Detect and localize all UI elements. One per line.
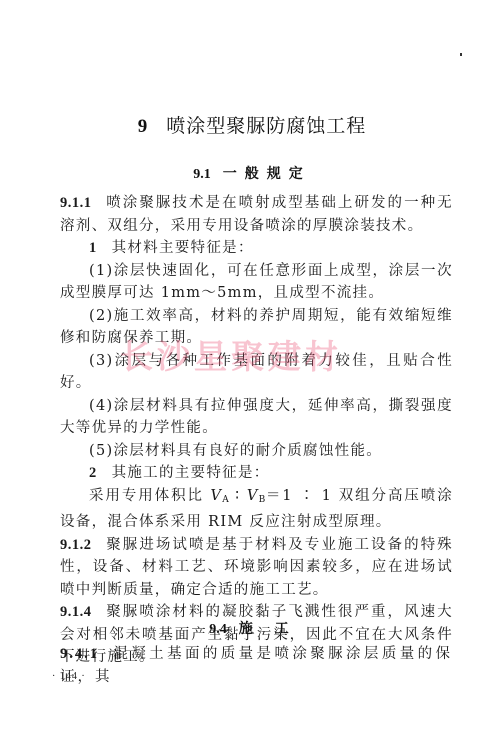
clause-9-1-2: 9.1.2聚脲进场试喷是基于材料及专业施工设备的特殊性，设备、材料工艺、环境影响…	[60, 534, 453, 602]
volume-a: V	[210, 488, 222, 504]
item-number: 2	[89, 465, 98, 481]
section-heading-9-1: 9.1一般规定	[0, 163, 504, 183]
subitem-4: (4)涂层材料具有拉伸强度大，延伸率高，撕裂强度大等优异的力学性能。	[60, 395, 453, 440]
clause-number: 9.4.1	[60, 646, 99, 662]
item-2-detail: 采用专用体积比 VA ∶ VB＝1 ∶ 1 双组分高压喷涂设备，混合体系采用 R…	[60, 485, 453, 534]
detail-prefix: 采用专用体积比	[89, 488, 210, 504]
page-mark	[460, 53, 462, 56]
chapter-title-text: 喷涂型聚脲防腐蚀工程	[166, 115, 366, 137]
subitem-3: (3)涂层与各种工作基面的附着力较佳，且贴合性好。	[60, 350, 453, 395]
item-number: 1	[89, 240, 98, 256]
ratio-separator: ∶	[229, 488, 247, 504]
clause-text: 喷涂聚脲技术是在喷射成型基础上研发的一种无溶剂、双组分，采用专用设备喷涂的厚膜涂…	[60, 195, 453, 234]
section-heading-9-4: 9.4施工	[8, 618, 504, 638]
clause-9-4-1: 9.4.1混凝土基面的质量是喷涂聚脲涂层质量的保证，其	[60, 643, 453, 688]
volume-b: V	[247, 488, 259, 504]
clause-text: 混凝土基面的质量是喷涂聚脲涂层质量的保证，其	[60, 646, 453, 685]
page-number: · 144 ·	[52, 671, 86, 682]
clause-text: 聚脲进场试喷是基于材料及专业施工设备的特殊性，设备、材料工艺、环境影响因素较多，…	[60, 537, 453, 598]
item-text: 其材料主要特征是：	[112, 240, 254, 256]
clause-number: 9.1.2	[60, 537, 92, 553]
section-title: 一般规定	[223, 166, 311, 182]
subitem-5: (5)涂层材料具有良好的耐介质腐蚀性能。	[60, 440, 453, 463]
item-text: 其施工的主要特征是：	[112, 465, 270, 481]
clause-9-1-1: 9.1.1喷涂聚脲技术是在喷射成型基础上研发的一种无溶剂、双组分，采用专用设备喷…	[60, 192, 453, 237]
subitem-1: (1)涂层快速固化，可在任意形面上成型，涂层一次成型膜厚可达 1mm～5mm，且…	[60, 260, 453, 305]
chapter-title: 9喷涂型聚脲防腐蚀工程	[0, 111, 504, 138]
section-9-4-body: 9.4.1混凝土基面的质量是喷涂聚脲涂层质量的保证，其	[60, 643, 453, 688]
item-2: 2其施工的主要特征是：	[60, 462, 453, 485]
section-9-1-body: 9.1.1喷涂聚脲技术是在喷射成型基础上研发的一种无溶剂、双组分，采用专用设备喷…	[60, 192, 453, 669]
ratio-value: ＝1 ∶ 1	[265, 488, 332, 504]
chapter-number: 9	[138, 116, 149, 137]
item-1: 1其材料主要特征是：	[60, 237, 453, 260]
section-number: 9.4	[209, 622, 227, 637]
section-number: 9.1	[193, 167, 211, 182]
subitem-2: (2)施工效率高，材料的养护周期短，能有效缩短维修和防腐保养工期。	[60, 305, 453, 350]
clause-number: 9.1.1	[60, 195, 92, 211]
section-title: 施工	[239, 621, 311, 637]
